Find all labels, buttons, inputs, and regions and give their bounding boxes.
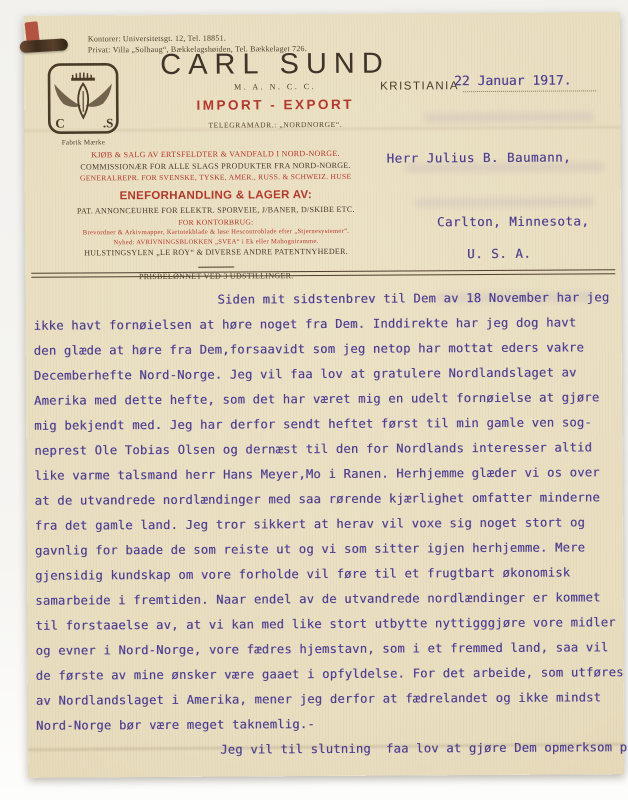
letterhead-service-line: KJØB & SALG AV ERTSFELDTER & VANDFALD I … bbox=[35, 149, 397, 160]
logo-caption: Fabrik Mærke bbox=[42, 138, 124, 147]
logo-letter-c: C bbox=[55, 116, 64, 132]
telegram-address: TELEGRAMADR.: „NORDNORGE“. bbox=[142, 119, 408, 130]
letterhead-service-line: Nyhed: AVRIVNINGSBLOKKEN „SVEA“ i Ek ell… bbox=[35, 237, 397, 246]
ink-bleedthrough bbox=[424, 112, 594, 122]
letter-body-line: fra det gamle land. Jeg tror sikkert at … bbox=[35, 510, 619, 539]
letterhead-services: KJØB & SALG AV ERTSFELDTER & VANDFALD I … bbox=[35, 149, 398, 261]
letter-body-line: de første av mine ønsker være gaaet i op… bbox=[36, 660, 620, 689]
letter-body-line: samarbeide i fremtiden. Naar endel av de… bbox=[35, 585, 619, 614]
letter-body-line: og evner i Nord-Norge, vore fædres hjems… bbox=[35, 635, 619, 664]
letter-body-line: at de utvandrede nordlændinger med saa r… bbox=[35, 485, 619, 514]
company-header: CARL SUND M. A. N. C. C. IMPORT - EXPORT… bbox=[142, 47, 408, 130]
city-label: KRISTIANIA bbox=[380, 80, 459, 92]
typed-date: 22 Januar 1917. bbox=[454, 73, 571, 89]
letter-paper: Kontorer: Universitetsgt. 12, Tel. 18851… bbox=[24, 12, 625, 778]
scanned-letter-page: { "letterhead": { "office1": "Kontorer: … bbox=[0, 0, 628, 800]
letterhead-service-line: HULSTINGSYLEN „LE ROY“ & DIVERSE ANDRE P… bbox=[35, 247, 397, 258]
company-name: CARL SUND bbox=[142, 47, 408, 82]
letter-body-line: til forstaaelse av, at vi kan med like s… bbox=[35, 610, 619, 639]
letter-body-line: Nord-Norge bør være meget taknemlig.- bbox=[36, 710, 620, 739]
import-export-line: IMPORT - EXPORT bbox=[142, 96, 408, 113]
letterhead-service-line: COMMISSIONÆR FOR ALLE SLAGS PRODUKTER FR… bbox=[35, 160, 397, 171]
letter-body-line: Siden mit sidstenbrev til Dem av 18 Nove… bbox=[33, 285, 617, 314]
letter-body-line: ikke havt fornøielsen at høre noget fra … bbox=[33, 310, 617, 339]
letter-body-line: den glæde at høre fra Dem,forsaavidt som… bbox=[34, 335, 618, 364]
logo-letter-s: .S bbox=[103, 115, 114, 131]
recipient-country: U. S. A. bbox=[467, 246, 531, 261]
company-logo: C .S Fabrik Mærke bbox=[42, 61, 125, 146]
letter-body: Siden mit sidstenbrev til Dem av 18 Nove… bbox=[33, 285, 620, 764]
letter-body-line: mig bekjendt med. Jeg har derfor sendt h… bbox=[34, 410, 618, 439]
letterhead-service-line: PAT. ANNONCEUHRE FOR ELEKTR. SPORVEIE, J… bbox=[35, 205, 397, 216]
letterhead-service-line: FOR KONTORBRUG: bbox=[35, 216, 397, 227]
letter-body-line: gavnlig for baade de som reiste ut og vi… bbox=[35, 535, 619, 564]
letterhead-service-line: ENEFORHANDLING & LAGER AV: bbox=[35, 189, 397, 203]
dateline: KRISTIANIA 22 Januar 1917. bbox=[380, 76, 596, 92]
letterhead-service-line: Brevordner & Arkivmapper, Kartotekblade … bbox=[35, 228, 397, 237]
staple-mark bbox=[20, 38, 69, 53]
recipient-city: Carlton, Minnesota, bbox=[437, 213, 590, 229]
letter-body-line: neprest Ole Tobias Olsen og dernæst til … bbox=[34, 435, 618, 464]
letter-body-line: Amerika med dette hefte, som det har vær… bbox=[34, 385, 618, 414]
letterhead-service-line: GENERALREPR. FOR SVENSKE, TYSKE, AMER., … bbox=[35, 172, 397, 183]
company-subtitle: M. A. N. C. C. bbox=[142, 81, 408, 92]
recipient-name: Herr Julius B. Baumann, bbox=[387, 149, 572, 165]
letter-body-line: av Nordlandslaget i Amerika, mener jeg d… bbox=[36, 685, 620, 714]
letter-body-line: like varme talsmand herr Hans Meyer,Mo i… bbox=[34, 460, 618, 489]
ink-bleedthrough bbox=[415, 197, 595, 207]
letter-body-line: Decemberhefte Nord-Norge. Jeg vil faa lo… bbox=[34, 360, 618, 389]
mini-divider bbox=[198, 267, 234, 268]
letter-body-line: gjensidig kundskap om vore forholde vil … bbox=[35, 560, 619, 589]
letter-body-line: Jeg vil til slutning faa lov at gjøre De… bbox=[36, 735, 620, 764]
